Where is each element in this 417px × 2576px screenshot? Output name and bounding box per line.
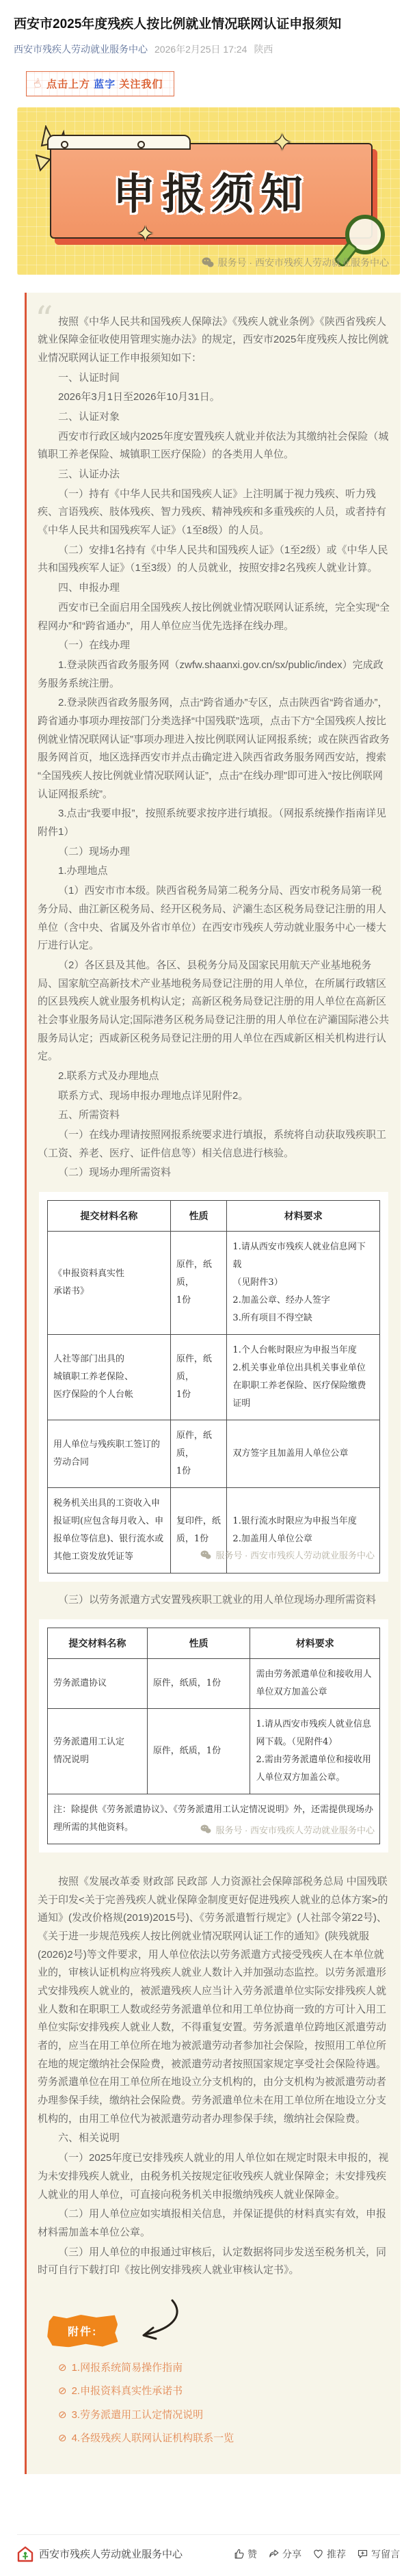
footer-account-name: 西安市残疾人劳动就业服务中心 (39, 2547, 183, 2561)
recommend-button[interactable]: 推荐 (312, 2547, 346, 2561)
cell-requirement: 1.请从西安市残疾人就业信息网下载 （见附件3） 2.加盖公章、经办人签字 3.… (227, 1232, 380, 1335)
cell-nature: 原件，纸质， 1份 (170, 1420, 227, 1488)
table-row: 《申报资料真实性 承诺书》 原件，纸质， 1份 1.请从西安市残疾人就业信息网下… (48, 1232, 380, 1335)
comment-label: 写留言 (371, 2547, 400, 2561)
body-paragraph: 1.办理地点 (38, 862, 390, 881)
attachments-header: 附件: (47, 2298, 390, 2347)
body-paragraph: （一）持有《中华人民共和国残疾人证》上注明属于视力残疾、听力残疾、言语残疾、肢体… (38, 486, 390, 540)
spacer (0, 2474, 417, 2534)
like-button[interactable]: 赞 (233, 2547, 257, 2561)
like-label: 赞 (247, 2547, 257, 2561)
attachment-list: ⊘ 1.网报系统简易操作指南 ⊘ 2.申报资料真实性承诺书 ⊘ 3.劳务派遣用工… (58, 2356, 390, 2451)
body-paragraph: 三、认证办法 (38, 466, 390, 484)
attachment-item[interactable]: ⊘ 2.申报资料真实性承诺书 (58, 2380, 390, 2404)
thumbs-up-icon (233, 2548, 245, 2560)
materials-table-onsite: 提交材料名称 性质 材料要求 《申报资料真实性 承诺书》 原件，纸质， 1份 1… (39, 1192, 388, 1582)
body-paragraph: 六、相关说明 (38, 2129, 390, 2148)
sparkle-icon: ✦ (137, 222, 154, 246)
body-paragraph: 按照《中华人民共和国残疾人保障法》《残疾人就业条例》《陕西省残疾人就业保障金征收… (38, 313, 390, 368)
cell-nature: 原件，纸质， 1份 (170, 1335, 227, 1420)
body-paragraph: 联系方式、现场申报办理地点详见附件2。 (38, 1087, 390, 1106)
attachment-link[interactable]: 2.申报资料真实性承诺书 (72, 2380, 183, 2404)
comment-icon (357, 2548, 368, 2560)
table-header-row: 提交材料名称 性质 材料要求 (48, 1201, 380, 1232)
paragraph-group-2: 按照《发展改革委 财政部 民政部 人力资源社会保障部税务总局 中国残联关于印发<… (38, 1873, 390, 2280)
footer-account[interactable]: 西安市残疾人劳动就业服务中心 (17, 2546, 183, 2562)
attachment-icon: ⊘ (58, 2356, 67, 2380)
follow-text-bluechar: 蓝字 (94, 79, 116, 90)
cell-material-name: 劳务派遣用工认定 情况说明 (48, 1708, 148, 1794)
body-paragraph: （一）在线办理 (38, 637, 390, 655)
body-paragraph: 西安市已全面启用全国残疾人按比例就业情况联网认证系统，完全实现“全程网办”和“跨… (38, 599, 390, 635)
sparkle-icon: ✦ (273, 129, 293, 157)
body-paragraph: （2）各区县及其他。各区、县税务分局及国家民用航天产业基地税务局、国家航空高新技… (38, 957, 390, 1066)
body-paragraph: 按照《发展改革委 财政部 民政部 人力资源社会保障部税务总局 中国残联关于印发<… (38, 1873, 390, 2129)
cell-nature: 原件，纸质，1份 (147, 1708, 250, 1794)
cell-nature: 原件，纸质， 1份 (170, 1232, 227, 1335)
magnifier-icon (345, 215, 385, 254)
curved-arrow-icon (124, 2298, 183, 2343)
page-title: 西安市2025年度残疾人按比例就业情况联网认证申报须知 (14, 15, 403, 34)
table-row: 劳务派遣用工认定 情况说明 原件，纸质，1份 1.请从西安市残疾人就业信息网下载… (48, 1708, 380, 1794)
attachment-icon: ⊘ (58, 2404, 67, 2428)
body-paragraph: （一）2025年度已安排残疾人就业的用人单位如在规定时限未申报的，视为未安排残疾… (38, 2149, 390, 2204)
col-header-requirement: 材料要求 (250, 1628, 380, 1658)
account-logo-icon (17, 2546, 33, 2562)
body-paragraph: （二）现场办理 (38, 843, 390, 862)
hero-watermark-text: 服务号 · 西安市残疾人劳动就业服务中心 (218, 256, 389, 269)
share-label: 分享 (282, 2547, 301, 2561)
heart-icon (312, 2548, 324, 2560)
folder-tab (47, 135, 191, 150)
attachment-link[interactable]: 3.劳务派遣用工认定情况说明 (72, 2404, 204, 2428)
table-note-row: 注：除提供《劳务派遣协议》、《劳务派遣用工认定情况说明》外，还需提供现场办理所需… (48, 1794, 380, 1844)
attachment-icon: ⊘ (58, 2380, 67, 2404)
recommend-label: 推荐 (327, 2547, 346, 2561)
body-paragraph: 2.联系方式及办理地点 (38, 1067, 390, 1086)
comment-button[interactable]: 写留言 (357, 2547, 400, 2561)
col-header-material: 提交材料名称 (48, 1628, 148, 1658)
table-header-row: 提交材料名称 性质 材料要求 (48, 1628, 380, 1658)
hero-card: 申报须知 (50, 143, 373, 239)
tap-hand-icon: ☝ (31, 75, 42, 91)
follow-text-pre: 点击上方 (46, 79, 94, 90)
table-row: 劳务派遣协议 原件，纸质，1份 需由劳务派遣单位和接收用人单位双方加盖公章 (48, 1658, 380, 1708)
cell-requirement: 1.请从西安市残疾人就业信息网下载。（见附件4） 2.需由劳务派遣单位和接收用人… (250, 1708, 380, 1794)
body-paragraph: （二）用人单位应如实填报相关信息，并保证提供的材料真实有效，申报材料需加盖本单位… (38, 2205, 390, 2242)
share-button[interactable]: 分享 (268, 2547, 301, 2561)
account-name-link[interactable]: 西安市残疾人劳动就业服务中心 (14, 42, 148, 56)
body-paragraph: （二）安排1名持有《中华人民共和国残疾人证》（1至2级）或《中华人民共和国残疾军… (38, 542, 390, 578)
col-header-requirement: 材料要求 (227, 1201, 380, 1232)
publish-location: 陕西 (254, 42, 273, 56)
follow-us-banner[interactable]: ☝ 点击上方 蓝字 关注我们 (26, 71, 174, 96)
attachments-badge: 附件: (47, 2314, 118, 2348)
table-note: 注：除提供《劳务派遣协议》、《劳务派遣用工认定情况说明》外，还需提供现场办理所需… (48, 1794, 380, 1844)
body-paragraph: 2026年3月1日至2026年10月31日。 (38, 388, 390, 407)
body-paragraph: 一、认证时间 (38, 369, 390, 388)
body-paragraph: 二、认证对象 (38, 408, 390, 427)
col-header-material: 提交材料名称 (48, 1201, 171, 1232)
attachment-item[interactable]: ⊘ 1.网报系统简易操作指南 (58, 2356, 390, 2380)
body-paragraph: 西安市行政区域内2025年度安置残疾人就业并依法为其缴纳社会保险（城镇职工养老保… (38, 428, 390, 464)
cell-requirement: 双方签字且加盖用人单位公章 (227, 1420, 380, 1488)
body-paragraph: 五、所需资料 (38, 1106, 390, 1125)
follow-banner-text: 点击上方 蓝字 关注我们 (46, 77, 163, 91)
attachment-link[interactable]: 1.网报系统简易操作指南 (72, 2356, 183, 2380)
body-paragraph: 四、申报办理 (38, 579, 390, 598)
cell-requirement: 1.个人台帐时限应为申报当年度 2.机关事业单位出具机关事业单位在职职工养老保险… (227, 1335, 380, 1420)
attachment-link[interactable]: 4.各级残疾人联网认证机构联系一览 (72, 2427, 234, 2451)
article-meta: 西安市残疾人劳动就业服务中心 2026年2月25日 17:24 陕西 (14, 42, 403, 56)
hero-title: 申报须知 (113, 160, 310, 221)
cell-nature: 复印件，纸质，1份 (170, 1488, 227, 1574)
table-row: 税务机关出具的工资收入申报证明(应包含每月收入、申报单位等信息)、银行流水或其他… (48, 1488, 380, 1574)
body-paragraph: （一）在线办理请按照网报系统要求进行填报，系统将自动获取残疾职工（工资、养老、医… (38, 1126, 390, 1163)
body-paragraph: 3.点击“我要申报”，按照系统要求按序进行填报。（网报系统操作指南详见附件1） (38, 805, 390, 841)
body-paragraph: （二）现场办理所需资料 (38, 1164, 390, 1182)
footer-actions: 赞 分享 推荐 写留言 (233, 2547, 400, 2561)
body-paragraph: 2.登录陕西省政务服务网，点击“跨省通办”专区，点击陕西省“跨省通办”，跨省通办… (38, 694, 390, 804)
cell-material-name: 劳务派遣协议 (48, 1658, 148, 1708)
paragraph-group-1: 按照《中华人民共和国残疾人保障法》《残疾人就业条例》《陕西省残疾人就业保障金征收… (38, 313, 390, 1183)
publish-date: 2026年2月25日 17:24 (154, 42, 247, 56)
cell-requirement: 需由劳务派遣单位和接收用人单位双方加盖公章 (250, 1658, 380, 1708)
materials-table-dispatch: 提交材料名称 性质 材料要求 劳务派遣协议 原件，纸质，1份 需由劳务派遣单位和… (39, 1619, 388, 1853)
cell-nature: 原件，纸质，1份 (147, 1658, 250, 1708)
share-icon (268, 2548, 280, 2560)
quote-mark-icon: “ (35, 302, 53, 338)
cell-material-name: 《申报资料真实性 承诺书》 (48, 1232, 171, 1335)
follow-text-post: 关注我们 (116, 79, 163, 90)
table-row: 人社等部门出具的 城镇职工养老保险、 医疗保险的个人台帐 原件，纸质， 1份 1… (48, 1335, 380, 1420)
article-header: 西安市2025年度残疾人按比例就业情况联网认证申报须知 西安市残疾人劳动就业服务… (0, 0, 417, 60)
body-paragraph: （1）西安市市本级。陕西省税务局第二税务分局、西安市税务局第一税务分局、曲江新区… (38, 882, 390, 955)
table-row: 用人单位与残疾职工签订的 劳动合同 原件，纸质， 1份 双方签字且加盖用人单位公… (48, 1420, 380, 1488)
cell-material-name: 税务机关出具的工资收入申报证明(应包含每月收入、申报单位等信息)、银行流水或其他… (48, 1488, 171, 1574)
wechat-icon (202, 257, 214, 268)
hero-watermark: 服务号 · 西安市残疾人劳动就业服务中心 (202, 256, 389, 269)
attachment-icon: ⊘ (58, 2427, 67, 2451)
cell-requirement: 1.银行流水时限应为申报当年度 2.加盖用人单位公章 (227, 1488, 380, 1574)
attachment-item[interactable]: ⊘ 3.劳务派遣用工认定情况说明 (58, 2404, 390, 2428)
col-header-nature: 性质 (170, 1201, 227, 1232)
notice-body: “ 按照《中华人民共和国残疾人保障法》《残疾人就业条例》《陕西省残疾人就业保障金… (25, 293, 401, 2474)
body-paragraph: 1.登录陕西省政务服务网（zwfw.shaanxi.gov.cn/sx/publ… (38, 656, 390, 693)
cell-material-name: 人社等部门出具的 城镇职工养老保险、 医疗保险的个人台帐 (48, 1335, 171, 1420)
body-paragraph: （三）用人单位的申报通过审核后，认定数据将同步发送至税务机关，同时可自行下载打印… (38, 2244, 390, 2280)
spacer (38, 1862, 390, 1873)
footer-bar: 西安市残疾人劳动就业服务中心 赞 分享 推荐 写留言 (0, 2535, 417, 2576)
col-header-nature: 性质 (147, 1628, 250, 1658)
cell-material-name: 用人单位与残疾职工签订的 劳动合同 (48, 1420, 171, 1488)
hero-banner-image: 申报须知 ✦ ✦ 服务号 · 西安市残疾人劳动就业服务中心 (17, 107, 400, 275)
section-heading-dispatch: （三）以劳务派遣方式安置残疾职工就业的用人单位现场办理所需资料 (38, 1591, 390, 1610)
attachment-item[interactable]: ⊘ 4.各级残疾人联网认证机构联系一览 (58, 2427, 390, 2451)
